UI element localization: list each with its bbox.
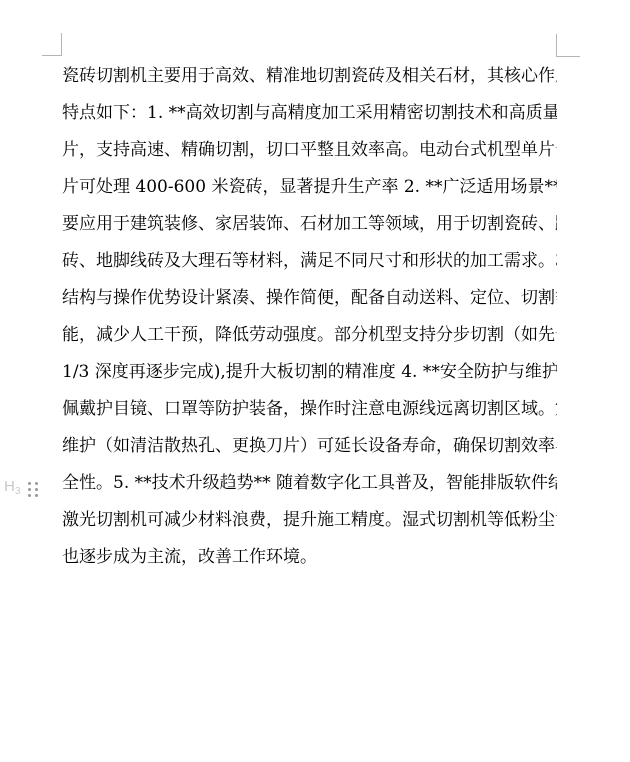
- text-line[interactable]: 瓷砖切割机主要用于高效、精准地切割瓷砖及相关石材，其核心作用及: [62, 58, 557, 95]
- drag-handle-icon[interactable]: [28, 482, 38, 497]
- text-line[interactable]: 也逐步成为主流，改善工作环境。: [62, 539, 557, 576]
- text-line[interactable]: 维护（如清洁散热孔、更换刀片）可延长设备寿命，确保切割效率与安: [62, 428, 557, 465]
- text-line[interactable]: 佩戴护目镜、口罩等防护装备，操作时注意电源线远离切割区域。定期: [62, 391, 557, 428]
- text-line[interactable]: 结构与操作优势设计紧凑、操作简便，配备自动送料、定位、切割等功: [62, 280, 557, 317]
- text-line[interactable]: 1/3 深度再逐步完成),提升大板切割的精准度 4. **安全防护与维护 需: [62, 354, 557, 391]
- text-line[interactable]: 砖、地脚线砖及大理石等材料，满足不同尺寸和形状的加工需求。3. **: [62, 243, 557, 280]
- text-line[interactable]: 要应用于建筑装修、家居装饰、石材加工等领域，用于切割瓷砖、踏步: [62, 206, 557, 243]
- crop-mark-top-right: [556, 34, 580, 57]
- text-line[interactable]: 片，支持高速、精确切割，切口平整且效率高。电动台式机型单片切割: [62, 132, 557, 169]
- crop-mark-top-left: [42, 33, 62, 56]
- text-line[interactable]: 激光切割机可减少材料浪费，提升施工精度。湿式切割机等低粉尘设备: [62, 502, 557, 539]
- document-text-area[interactable]: 瓷砖切割机主要用于高效、精准地切割瓷砖及相关石材，其核心作用及 特点如下：1. …: [62, 58, 557, 576]
- document-page: { "page": { "background": "#ffffff" }, "…: [0, 0, 630, 762]
- text-line[interactable]: 片可处理 400-600 米瓷砖，显著提升生产率 2. **广泛适用场景** 主: [62, 169, 557, 206]
- text-line[interactable]: 能，减少人工干预，降低劳动强度。部分机型支持分步切割（如先切: [62, 317, 557, 354]
- text-line[interactable]: 全性。5. **技术升级趋势** 随着数字化工具普及，智能排版软件结合: [62, 465, 557, 502]
- text-line[interactable]: 特点如下：1. **高效切割与高精度加工采用精密切割技术和高质量刀: [62, 95, 557, 132]
- heading-level-badge[interactable]: H3: [4, 479, 20, 500]
- block-handle[interactable]: H3: [4, 479, 38, 500]
